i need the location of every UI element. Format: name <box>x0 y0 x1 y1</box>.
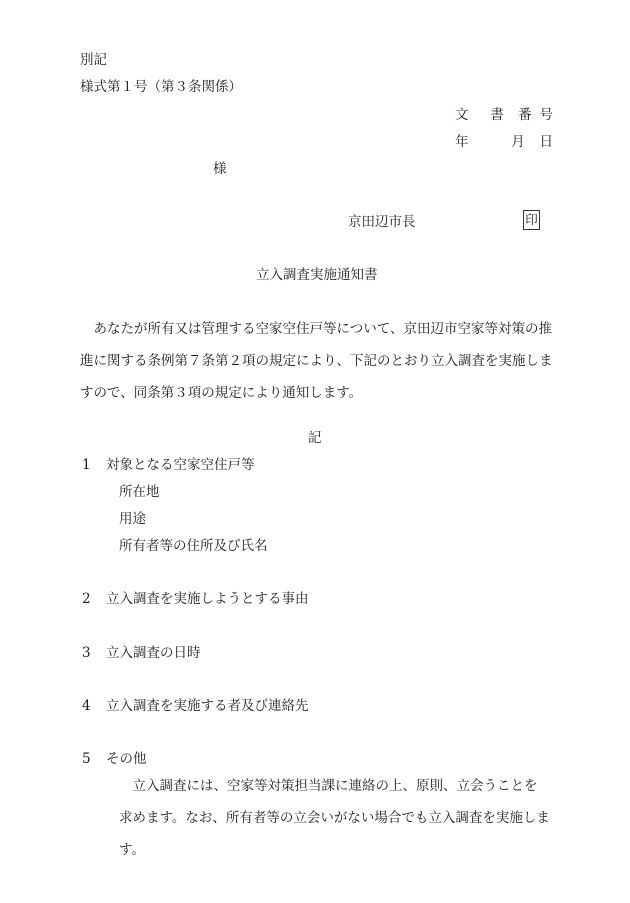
sub-item-usage: 用途 <box>119 511 146 527</box>
sub-item-location: 所在地 <box>119 484 160 500</box>
item-number: 4 <box>82 698 91 714</box>
item-number: 3 <box>82 645 91 661</box>
appendix-label: 別記 <box>80 52 107 68</box>
item-label: 立入調査を実施しようとする事由 <box>106 591 309 607</box>
document-title: 立入調査実施通知書 <box>256 267 378 283</box>
document-number-label: 文書番号 <box>455 107 553 123</box>
item-label: 立入調査の日時 <box>106 645 201 661</box>
form-number: 様式第１号（第３条関係） <box>80 79 242 95</box>
addressee-suffix: 様 <box>213 161 227 177</box>
item-label: 対象となる空家空住戸等 <box>106 457 255 473</box>
issuer-name: 京田辺市長 <box>348 214 416 230</box>
item-number: 2 <box>82 591 91 607</box>
note-heading: 記 <box>308 430 322 446</box>
item-number: 1 <box>82 457 91 473</box>
body-paragraph: あなたが所有又は管理する空家空住戸等について、京田辺市空家等対策の推 進に関する… <box>80 313 553 409</box>
date-label: 年月日 <box>455 134 553 150</box>
item-number: 5 <box>82 751 91 767</box>
sub-item-owner: 所有者等の住所及び氏名 <box>119 538 268 554</box>
seal-mark: 印 <box>523 210 540 230</box>
item-label: その他 <box>106 751 147 767</box>
other-notes-paragraph: 立入調査には、空家等対策担当課に連絡の上、原則、立会うことを 求めます。なお、所… <box>119 770 550 866</box>
item-label: 立入調査を実施する者及び連絡先 <box>106 698 309 714</box>
